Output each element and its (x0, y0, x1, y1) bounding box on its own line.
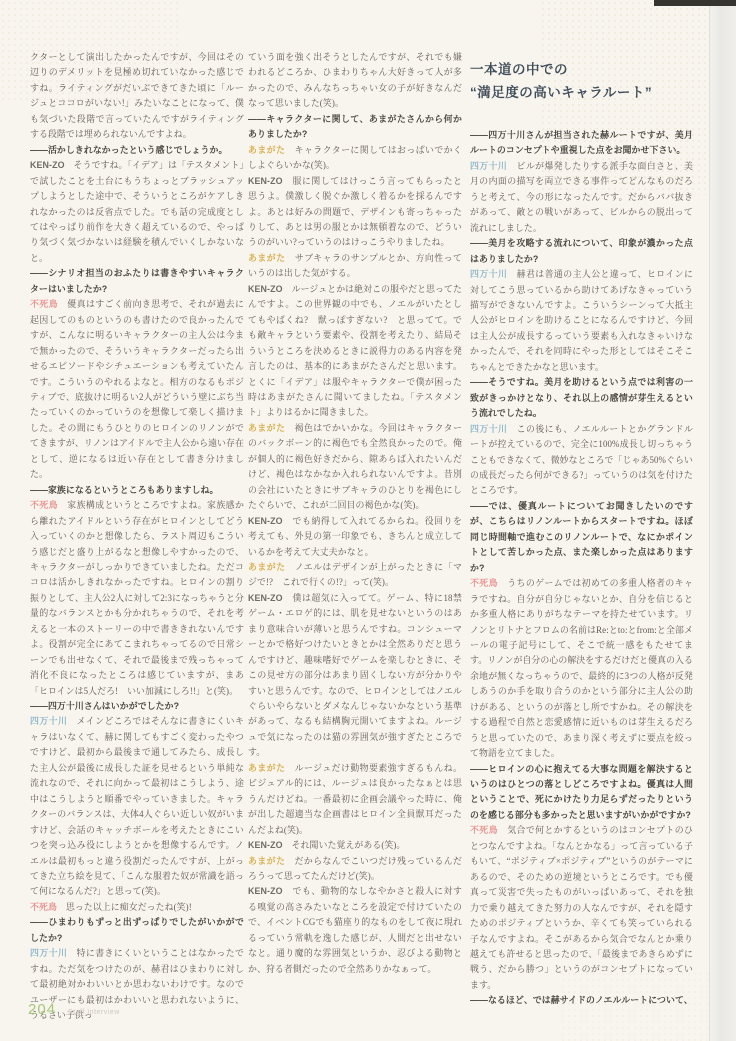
speaker-label: あまがた (248, 145, 285, 155)
answer-paragraph: KEN-ZO 僕は超気に入ってて。ゲーム、特に18禁ゲーム・エロゲ的には、肌を見… (248, 591, 462, 761)
interviewer-question: ――キャラクターに関して、あまがたさんから何かありましたか? (248, 112, 462, 143)
speaker-label: KEN-ZO (248, 593, 283, 603)
column-right-text: ――四万十川さんが担当された赫ルートですが、美月ルートのコンセプトや重視した点を… (470, 128, 693, 1009)
speaker-label: 不死鳥 (470, 825, 498, 835)
answer-paragraph: KEN-ZO そうですね。「イデア」は「テスタメント」で試したことを土台にもうち… (30, 158, 244, 266)
speaker-label: あまがた (248, 856, 285, 866)
footer-label: Staff Interview (68, 1009, 120, 1016)
column-middle: ていう面を強く出そうとしたんですが、それでも嫌われるどころか、ひまわりちゃん大好… (248, 50, 462, 977)
interviewer-question: ――四万十川さんはいかがでしたか? (30, 699, 244, 714)
answer-paragraph: あまがた ルージュだけ動物要素強すぎるもんね。ビジュアル的には、ルージュは良かっ… (248, 761, 462, 838)
speaker-label: 四万十川 (470, 424, 507, 434)
answer-paragraph: 不死鳥 うちのゲームでは初めての多重人格者のキャラですね。自分が自分じゃないとか… (470, 576, 693, 761)
interviewer-question: ――なるほど、では赫サイドのノエルルートについて、 (470, 993, 693, 1008)
speaker-label: KEN-ZO (30, 160, 65, 170)
answer-paragraph: 不死鳥 気合で何とかするというのはコンセプトのひとつなんですよね。「なんとかなる… (470, 823, 693, 993)
interviewer-question: ――四万十川さんが担当された赫ルートですが、美月ルートのコンセプトや重視した点を… (470, 128, 693, 159)
speaker-label: 不死鳥 (30, 299, 58, 309)
answer-paragraph: KEN-ZO でも納得して入れてるからね。役回りを考えても、外見の第一印象でも、… (248, 514, 462, 560)
answer-paragraph: あまがた 褐色はでかいかな。今回はキャラクターのバックボーン的に褐色でも全然良か… (248, 421, 462, 514)
speaker-label: 不死鳥 (30, 902, 57, 912)
answer-paragraph: KEN-ZO ルージュとかは絶対この服やだと思ってたんですよ。この世界観の中でも… (248, 282, 462, 421)
speaker-label: あまがた (248, 423, 285, 433)
speaker-label: KEN-ZO (248, 886, 283, 896)
answer-paragraph: 不死鳥 家族構成というところですよね。家族感から離れたアイドルという存在がヒロイ… (30, 498, 244, 699)
column-left: クターとして演出したかったんですが、今回はその辺りのデメリットを見極め切れていな… (30, 50, 244, 1024)
answer-paragraph: 四万十川 この後にも、ノエルルートとかグランドルートが控えているので、完全に10… (470, 422, 693, 499)
interviewer-question: ――活かしきれなかったという感じでしょうか。 (30, 143, 244, 158)
answer-paragraph: あまがた サブキャラのサンプルとか、方向性っていうのは出した気がする。 (248, 251, 462, 282)
answer-paragraph: あまがた キャラクターに関してはおっぱいでかくしよぐらいかな(笑)。 (248, 143, 462, 174)
speaker-label: 四万十川 (470, 269, 507, 279)
interviewer-question: ――そうですね。美月を助けるという点では利害の一致がきっかけとなり、それ以上の感… (470, 375, 693, 421)
speaker-label: 不死鳥 (30, 500, 58, 510)
answer-paragraph: 四万十川 ビルが爆発したりする派手な面白さと、美月の内面の描写を両立できる事件っ… (470, 159, 693, 236)
answer-paragraph: KEN-ZO でも、動物的なしなやかさと殺人に対する嗅覚の高さみたいなところを設… (248, 884, 462, 977)
speaker-label: KEN-ZO (248, 284, 283, 294)
answer-paragraph: 四万十川 赫君は普通の主人公と違って、ヒロインに対してこう思っているから助けてあ… (470, 267, 693, 375)
speaker-label: KEN-ZO (248, 516, 283, 526)
page-footer: 204 Staff Interview (28, 1001, 120, 1018)
speaker-label: 不死鳥 (470, 578, 498, 588)
page-number: 204 (28, 1001, 56, 1018)
answer-paragraph: あまがた ノエルはデザインが上がったときに「マジで!? これで行くの!?」って(… (248, 560, 462, 591)
answer-paragraph: KEN-ZO 服に関してはけっこう言ってもらったと思うよ。僕激しく脱ぐか激しく着… (248, 174, 462, 251)
speaker-label: 四万十川 (30, 948, 67, 958)
section-heading-line2: “満足度の高いキャラルート” (470, 81, 693, 104)
magazine-page: クターとして演出したかったんですが、今回はその辺りのデメリットを見極め切れていな… (0, 0, 736, 1041)
interviewer-question: ――ひまわりもずっと出ずっぱりでしたがいかがでしたか? (30, 915, 244, 946)
speaker-label: KEN-ZO (248, 176, 283, 186)
answer-paragraph: あまがた だからなんでこいつだけ残っているんだろうって思ってたんだけど(笑)。 (248, 854, 462, 885)
interviewer-question: ――シナリオ担当のおふたりは書きやすいキャラクターはいましたか? (30, 266, 244, 297)
section-heading: 一本道の中での “満足度の高いキャラルート” (470, 58, 693, 104)
interviewer-question: ――家族になるというところもありますしね。 (30, 483, 244, 498)
page-edge-shadow (654, 0, 736, 6)
answer-paragraph: 四万十川 メインどころではそんなに書きにくいキャラはいなくて、赫に関してもすごく… (30, 714, 244, 899)
section-heading-line1: 一本道の中での (470, 58, 693, 81)
speaker-label: 四万十川 (30, 716, 67, 726)
answer-paragraph: クターとして演出したかったんですが、今回はその辺りのデメリットを見極め切れていな… (30, 50, 244, 143)
answer-paragraph: ていう面を強く出そうとしたんですが、それでも嫌われるどころか、ひまわりちゃん大好… (248, 50, 462, 112)
speaker-label: あまがた (248, 562, 285, 572)
column-right: 一本道の中での “満足度の高いキャラルート” ――四万十川さんが担当された赫ルー… (470, 50, 693, 1009)
page-edge (709, 0, 736, 1041)
speaker-label: KEN-ZO (248, 840, 283, 850)
answer-paragraph: KEN-ZO それ聞いた覚えがある(笑)。 (248, 838, 462, 853)
speaker-label: あまがた (248, 253, 286, 263)
answer-paragraph: 不死鳥 思った以上に痴女だったね(笑)! (30, 900, 244, 915)
speaker-label: 四万十川 (470, 161, 507, 171)
interviewer-question: ――美月を攻略する流れについて、印象が濃かった点はありましたか? (470, 236, 693, 267)
interviewer-question: ――では、優真ルートについてお聞きしたいのですが、こちらはリノンルートからスター… (470, 499, 693, 576)
answer-paragraph: 不死鳥 優真はすごく前向き思考で、それが過去に起因してのものというのも書けたので… (30, 297, 244, 482)
interviewer-question: ――ヒロインの心に抱えてる大事な問題を解決するというのはひとつの落としどころです… (470, 762, 693, 824)
speaker-label: あまがた (248, 763, 285, 773)
